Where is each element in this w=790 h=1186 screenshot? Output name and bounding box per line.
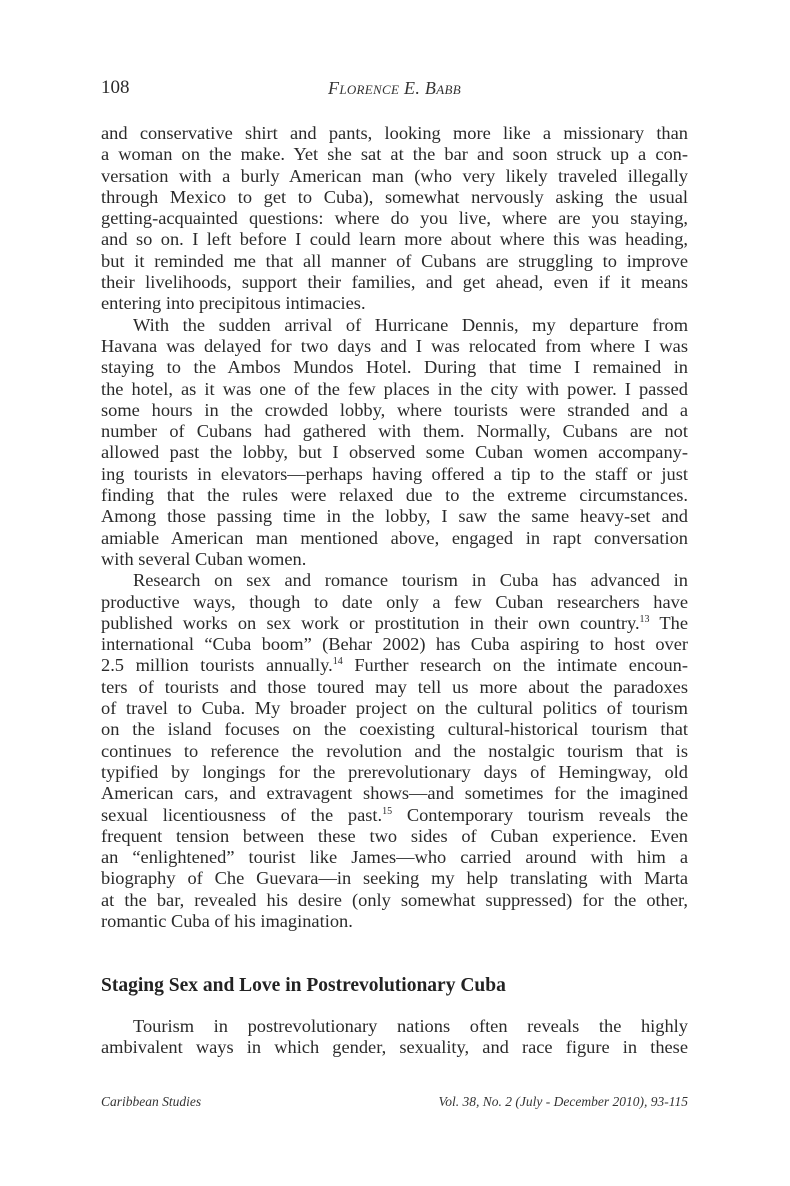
text-segment: sexual licentiousness of the past. <box>101 805 382 825</box>
text-line: through Mexico to get to Cuba), somewhat… <box>101 187 688 208</box>
footnote-marker[interactable]: 13 <box>640 614 650 625</box>
running-author: Florence E. Babb <box>101 78 688 99</box>
text-line: and so on. I left before I could learn m… <box>101 229 688 250</box>
text-line: productive ways, though to date only a f… <box>101 592 688 613</box>
footnote-marker[interactable]: 15 <box>382 806 392 817</box>
journal-name: Caribbean Studies <box>101 1094 201 1110</box>
text-line: getting-acquainted questions: where do y… <box>101 208 688 229</box>
text-line: continues to reference the revolution an… <box>101 741 688 762</box>
text-line: Research on sex and romance tourism in C… <box>101 570 688 591</box>
text-line: their livelihoods, support their familie… <box>101 272 688 293</box>
journal-citation: Vol. 38, No. 2 (July - December 2010), 9… <box>439 1094 688 1110</box>
text-line: frequent tension between these two sides… <box>101 826 688 847</box>
text-line: With the sudden arrival of Hurricane Den… <box>101 315 688 336</box>
text-line: ters of tourists and those toured may te… <box>101 677 688 698</box>
text-line: some hours in the crowded lobby, where t… <box>101 400 688 421</box>
text-line: 2.5 million tourists annually.14 Further… <box>101 655 688 676</box>
text-line: on the island focuses on the coexisting … <box>101 719 688 740</box>
text-line: of travel to Cuba. My broader project on… <box>101 698 688 719</box>
text-line: ing tourists in elevators—perhaps having… <box>101 464 688 485</box>
text-line: biography of Che Guevara—in seeking my h… <box>101 868 688 889</box>
text-segment: published works on sex work or prostitut… <box>101 613 640 633</box>
text-line: amiable American man mentioned above, en… <box>101 528 688 549</box>
paragraph: and conservative shirt and pants, lookin… <box>101 123 688 315</box>
text-segment: The <box>650 613 688 633</box>
text-line: international “Cuba boom” (Behar 2002) h… <box>101 634 688 655</box>
footnote-marker[interactable]: 14 <box>333 656 343 667</box>
text-line: the hotel, as it was one of the few plac… <box>101 379 688 400</box>
text-line: and conservative shirt and pants, lookin… <box>101 123 688 144</box>
text-line: sexual licentiousness of the past.15 Con… <box>101 805 688 826</box>
page-footer: Caribbean Studies Vol. 38, No. 2 (July -… <box>101 1094 688 1114</box>
section-body-text: Tourism in postrevolutionary nations oft… <box>101 1016 688 1059</box>
text-line: finding that the rules were relaxed due … <box>101 485 688 506</box>
text-line: number of Cubans had gathered with them.… <box>101 421 688 442</box>
text-line: staying to the Ambos Mundos Hotel. Durin… <box>101 357 688 378</box>
text-line: Havana was delayed for two days and I wa… <box>101 336 688 357</box>
text-line: typified by longings for the prerevoluti… <box>101 762 688 783</box>
text-line: with several Cuban women. <box>101 549 688 570</box>
running-head: 108 Florence E. Babb <box>101 77 688 101</box>
text-line: versation with a burly American man (who… <box>101 166 688 187</box>
text-line: published works on sex work or prostitut… <box>101 613 688 634</box>
text-segment: 2.5 million tourists annually. <box>101 655 333 675</box>
text-line: a woman on the make. Yet she sat at the … <box>101 144 688 165</box>
text-line: Tourism in postrevolutionary nations oft… <box>101 1016 688 1037</box>
section-heading: Staging Sex and Love in Postrevolutionar… <box>101 975 506 997</box>
text-line: allowed past the lobby, but I observed s… <box>101 442 688 463</box>
body-text: and conservative shirt and pants, lookin… <box>101 123 688 932</box>
text-line: an “enlightened” tourist like James—who … <box>101 847 688 868</box>
paragraph: Research on sex and romance tourism in C… <box>101 570 688 932</box>
text-segment: Contemporary tourism reveals the <box>392 805 688 825</box>
paragraph: With the sudden arrival of Hurricane Den… <box>101 315 688 571</box>
text-line: American cars, and extravagent shows—and… <box>101 783 688 804</box>
text-line: Among those passing time in the lobby, I… <box>101 506 688 527</box>
text-line: but it reminded me that all manner of Cu… <box>101 251 688 272</box>
text-line: romantic Cuba of his imagination. <box>101 911 688 932</box>
text-line: at the bar, revealed his desire (only so… <box>101 890 688 911</box>
text-segment: Further research on the intimate encoun- <box>343 655 688 675</box>
paragraph: Tourism in postrevolutionary nations oft… <box>101 1016 688 1059</box>
text-line: ambivalent ways in which gender, sexuali… <box>101 1037 688 1058</box>
text-line: entering into precipitous intimacies. <box>101 293 688 314</box>
